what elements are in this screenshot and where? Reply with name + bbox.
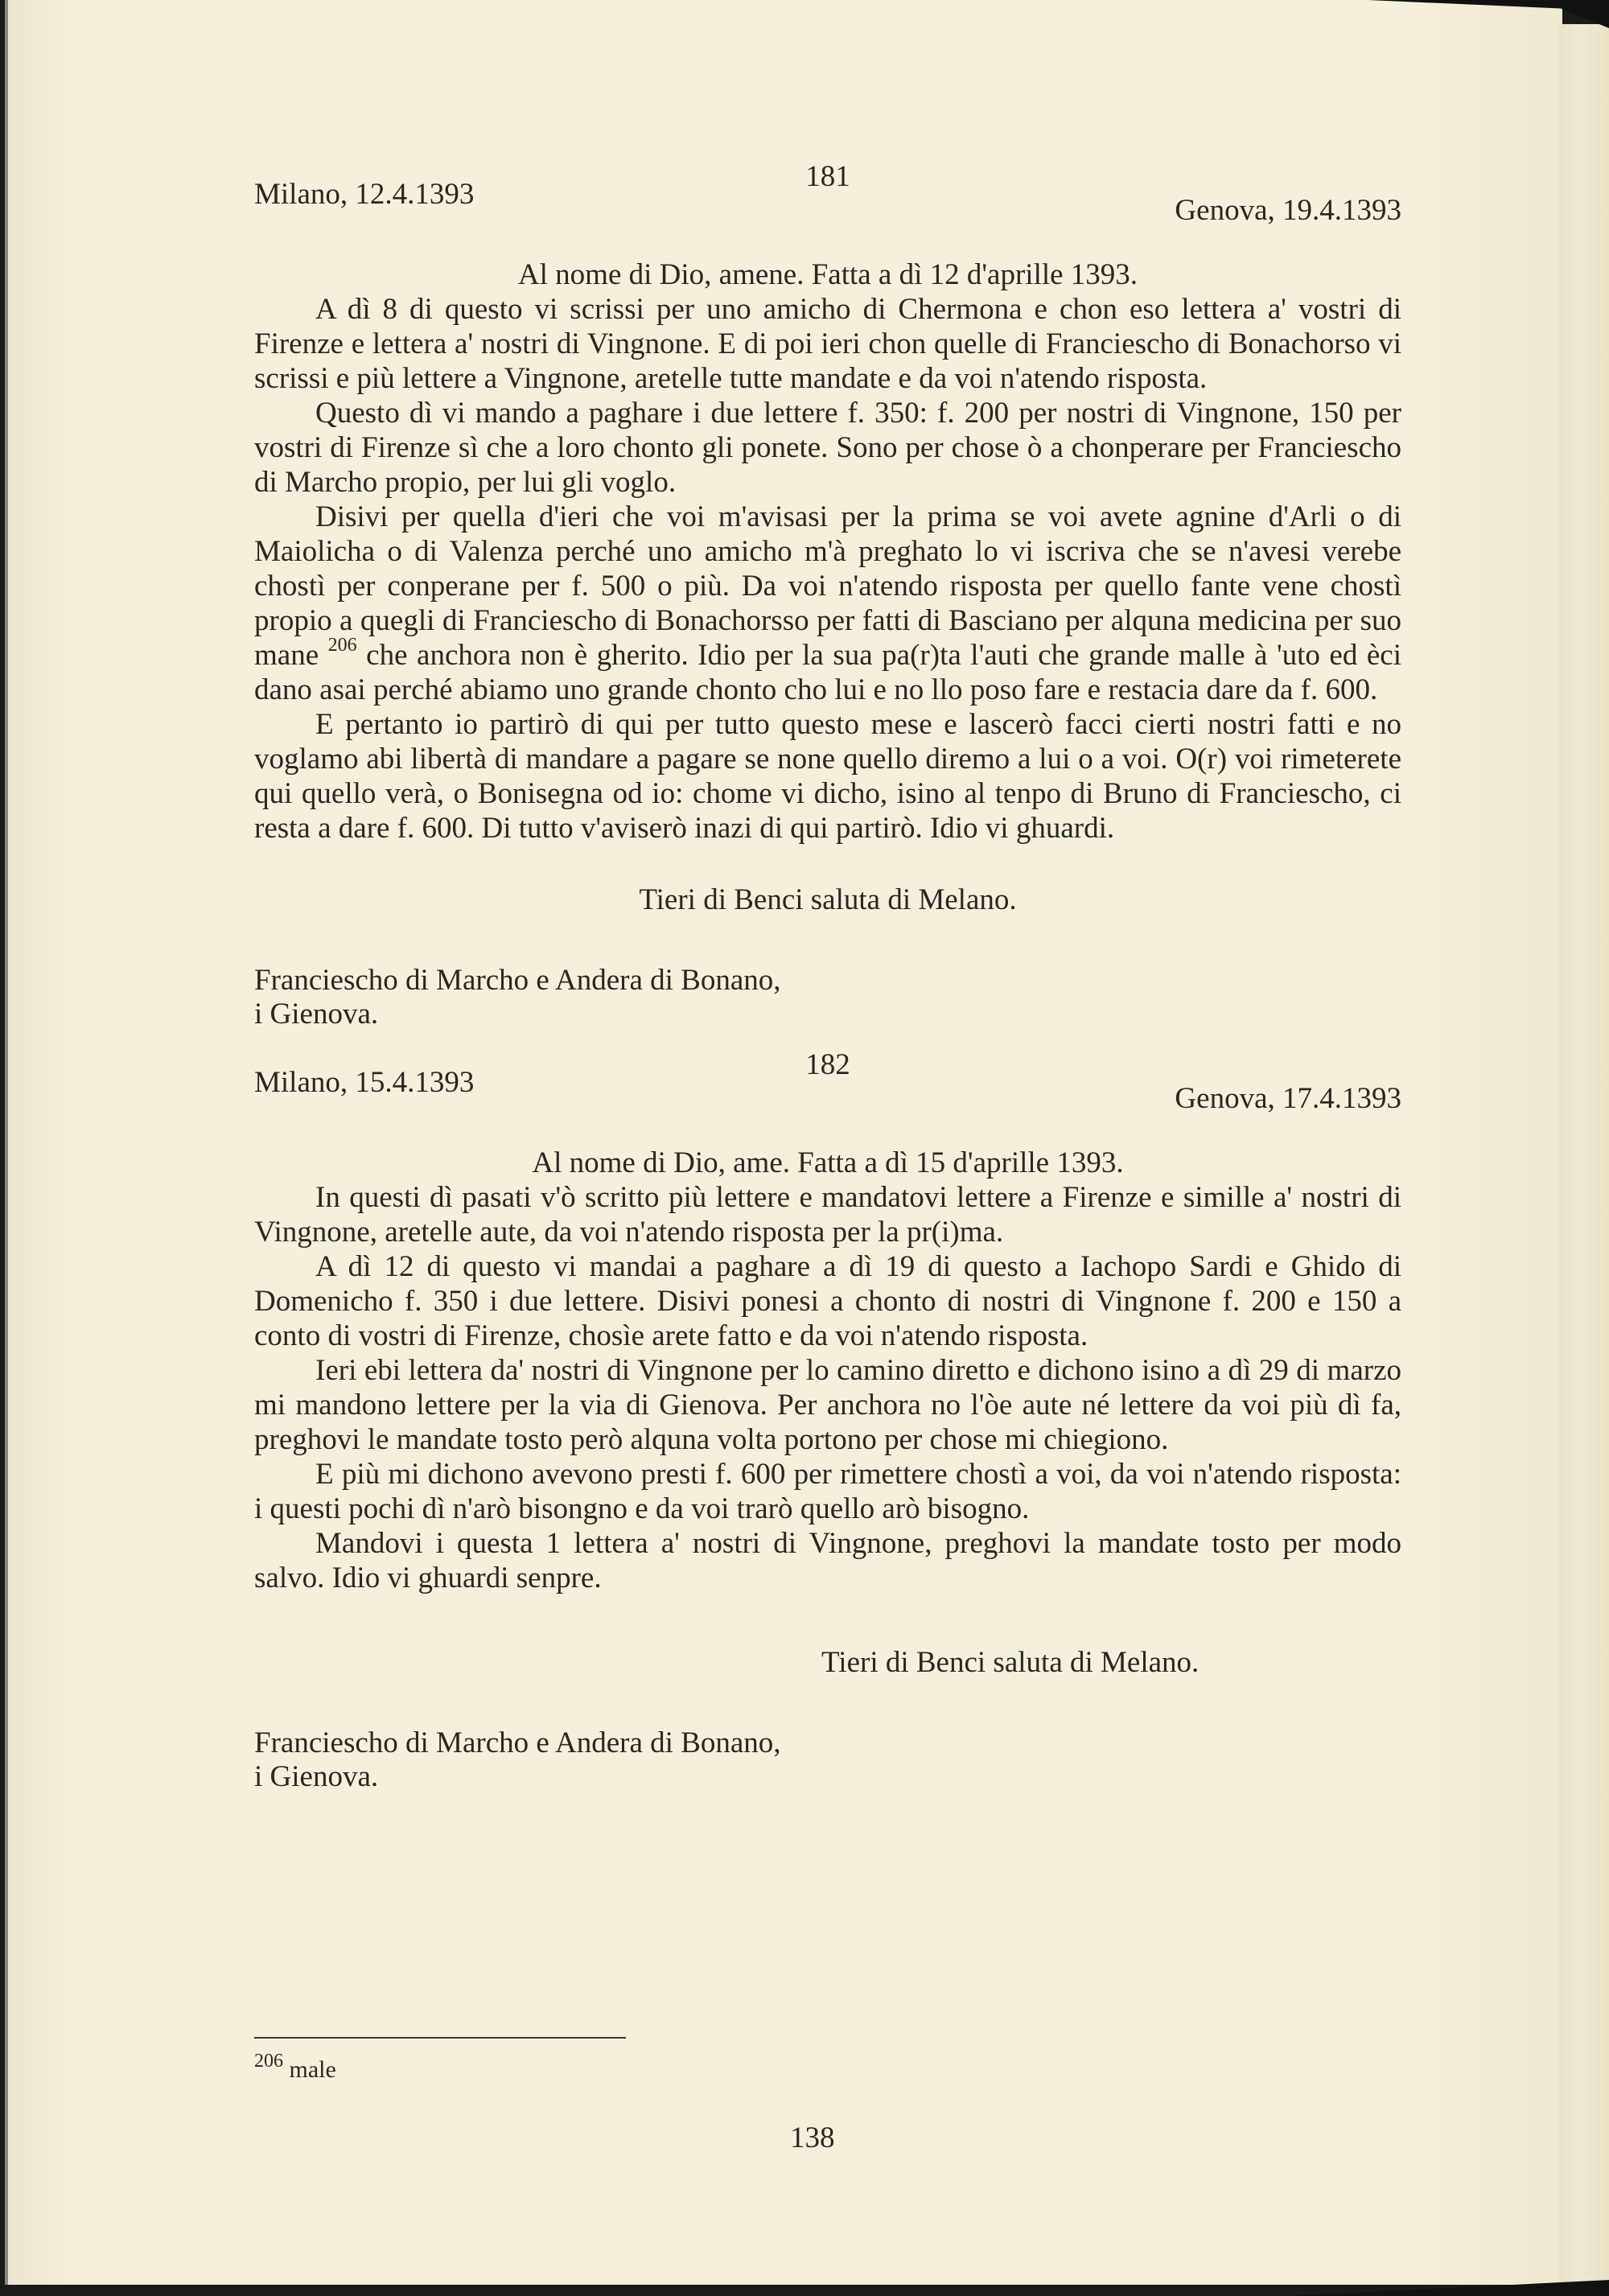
letter-182: 182 Milano, 15.4.1393 Genova, 17.4.1393 … <box>254 1049 1401 1794</box>
addressee-place: i Gienova. <box>254 998 1401 1031</box>
paragraph: A dì 8 di questo vi scrissi per uno amic… <box>254 292 1401 396</box>
paragraph: A dì 12 di questo vi mandai a paghare a … <box>254 1249 1401 1353</box>
paragraph-text: che anchora non è gherito. Idio per la s… <box>254 639 1401 706</box>
page-number: 138 <box>790 2121 835 2155</box>
receipt-place-date: Genova, 19.4.1393 <box>1175 193 1401 228</box>
paragraph: E pertanto io partirò di qui per tutto q… <box>254 707 1401 846</box>
paragraph: Mandovi i questa 1 lettera a' nostri di … <box>254 1526 1401 1595</box>
sender-place-date: Milano, 15.4.1393 <box>254 1065 474 1100</box>
sender-place-date: Milano, 12.4.1393 <box>254 177 474 212</box>
paragraph: Questo dì vi mando a paghare i due lette… <box>254 396 1401 500</box>
letter-signoff: Tieri di Benci saluta di Melano. <box>254 1645 1401 1680</box>
letter-signoff: Tieri di Benci saluta di Melano. <box>254 883 1401 917</box>
paragraph: In questi dì pasati v'ò scritto più lett… <box>254 1180 1401 1249</box>
letter-addressee: Franciescho di Marcho e Andera di Bonano… <box>254 1726 1401 1794</box>
footnote-number: 206 <box>254 2051 283 2072</box>
footnote-206: 206 male <box>254 2056 336 2084</box>
footnote-divider <box>254 2037 626 2039</box>
paragraph: E più mi dichono avevono presti f. 600 p… <box>254 1457 1401 1526</box>
letter-dates: Milano, 15.4.1393 Genova, 17.4.1393 <box>254 1081 1401 1120</box>
next-page-edge <box>1559 24 1609 2293</box>
addressee-name: Franciescho di Marcho e Andera di Bonano… <box>254 1726 1401 1760</box>
addressee-place: i Gienova. <box>254 1760 1401 1794</box>
paragraph: Ieri ebi lettera da' nostri di Vingnone … <box>254 1353 1401 1457</box>
footnote-reference[interactable]: 206 <box>328 635 357 656</box>
letter-dates: Milano, 12.4.1393 Genova, 19.4.1393 <box>254 193 1401 232</box>
receipt-place-date: Genova, 17.4.1393 <box>1175 1081 1401 1116</box>
letter-181: 181 Milano, 12.4.1393 Genova, 19.4.1393 … <box>254 161 1401 1031</box>
footnote-text: male <box>290 2056 336 2083</box>
letter-addressee: Franciescho di Marcho e Andera di Bonano… <box>254 964 1401 1031</box>
letter-opening: Al nome di Dio, amene. Fatta a dì 12 d'a… <box>254 257 1401 292</box>
addressee-name: Franciescho di Marcho e Andera di Bonano… <box>254 964 1401 998</box>
paragraph: Disivi per quella d'ieri che voi m'avisa… <box>254 500 1401 707</box>
page-body: 181 Milano, 12.4.1393 Genova, 19.4.1393 … <box>254 161 1401 1794</box>
letter-opening: Al nome di Dio, ame. Fatta a dì 15 d'apr… <box>254 1146 1401 1180</box>
